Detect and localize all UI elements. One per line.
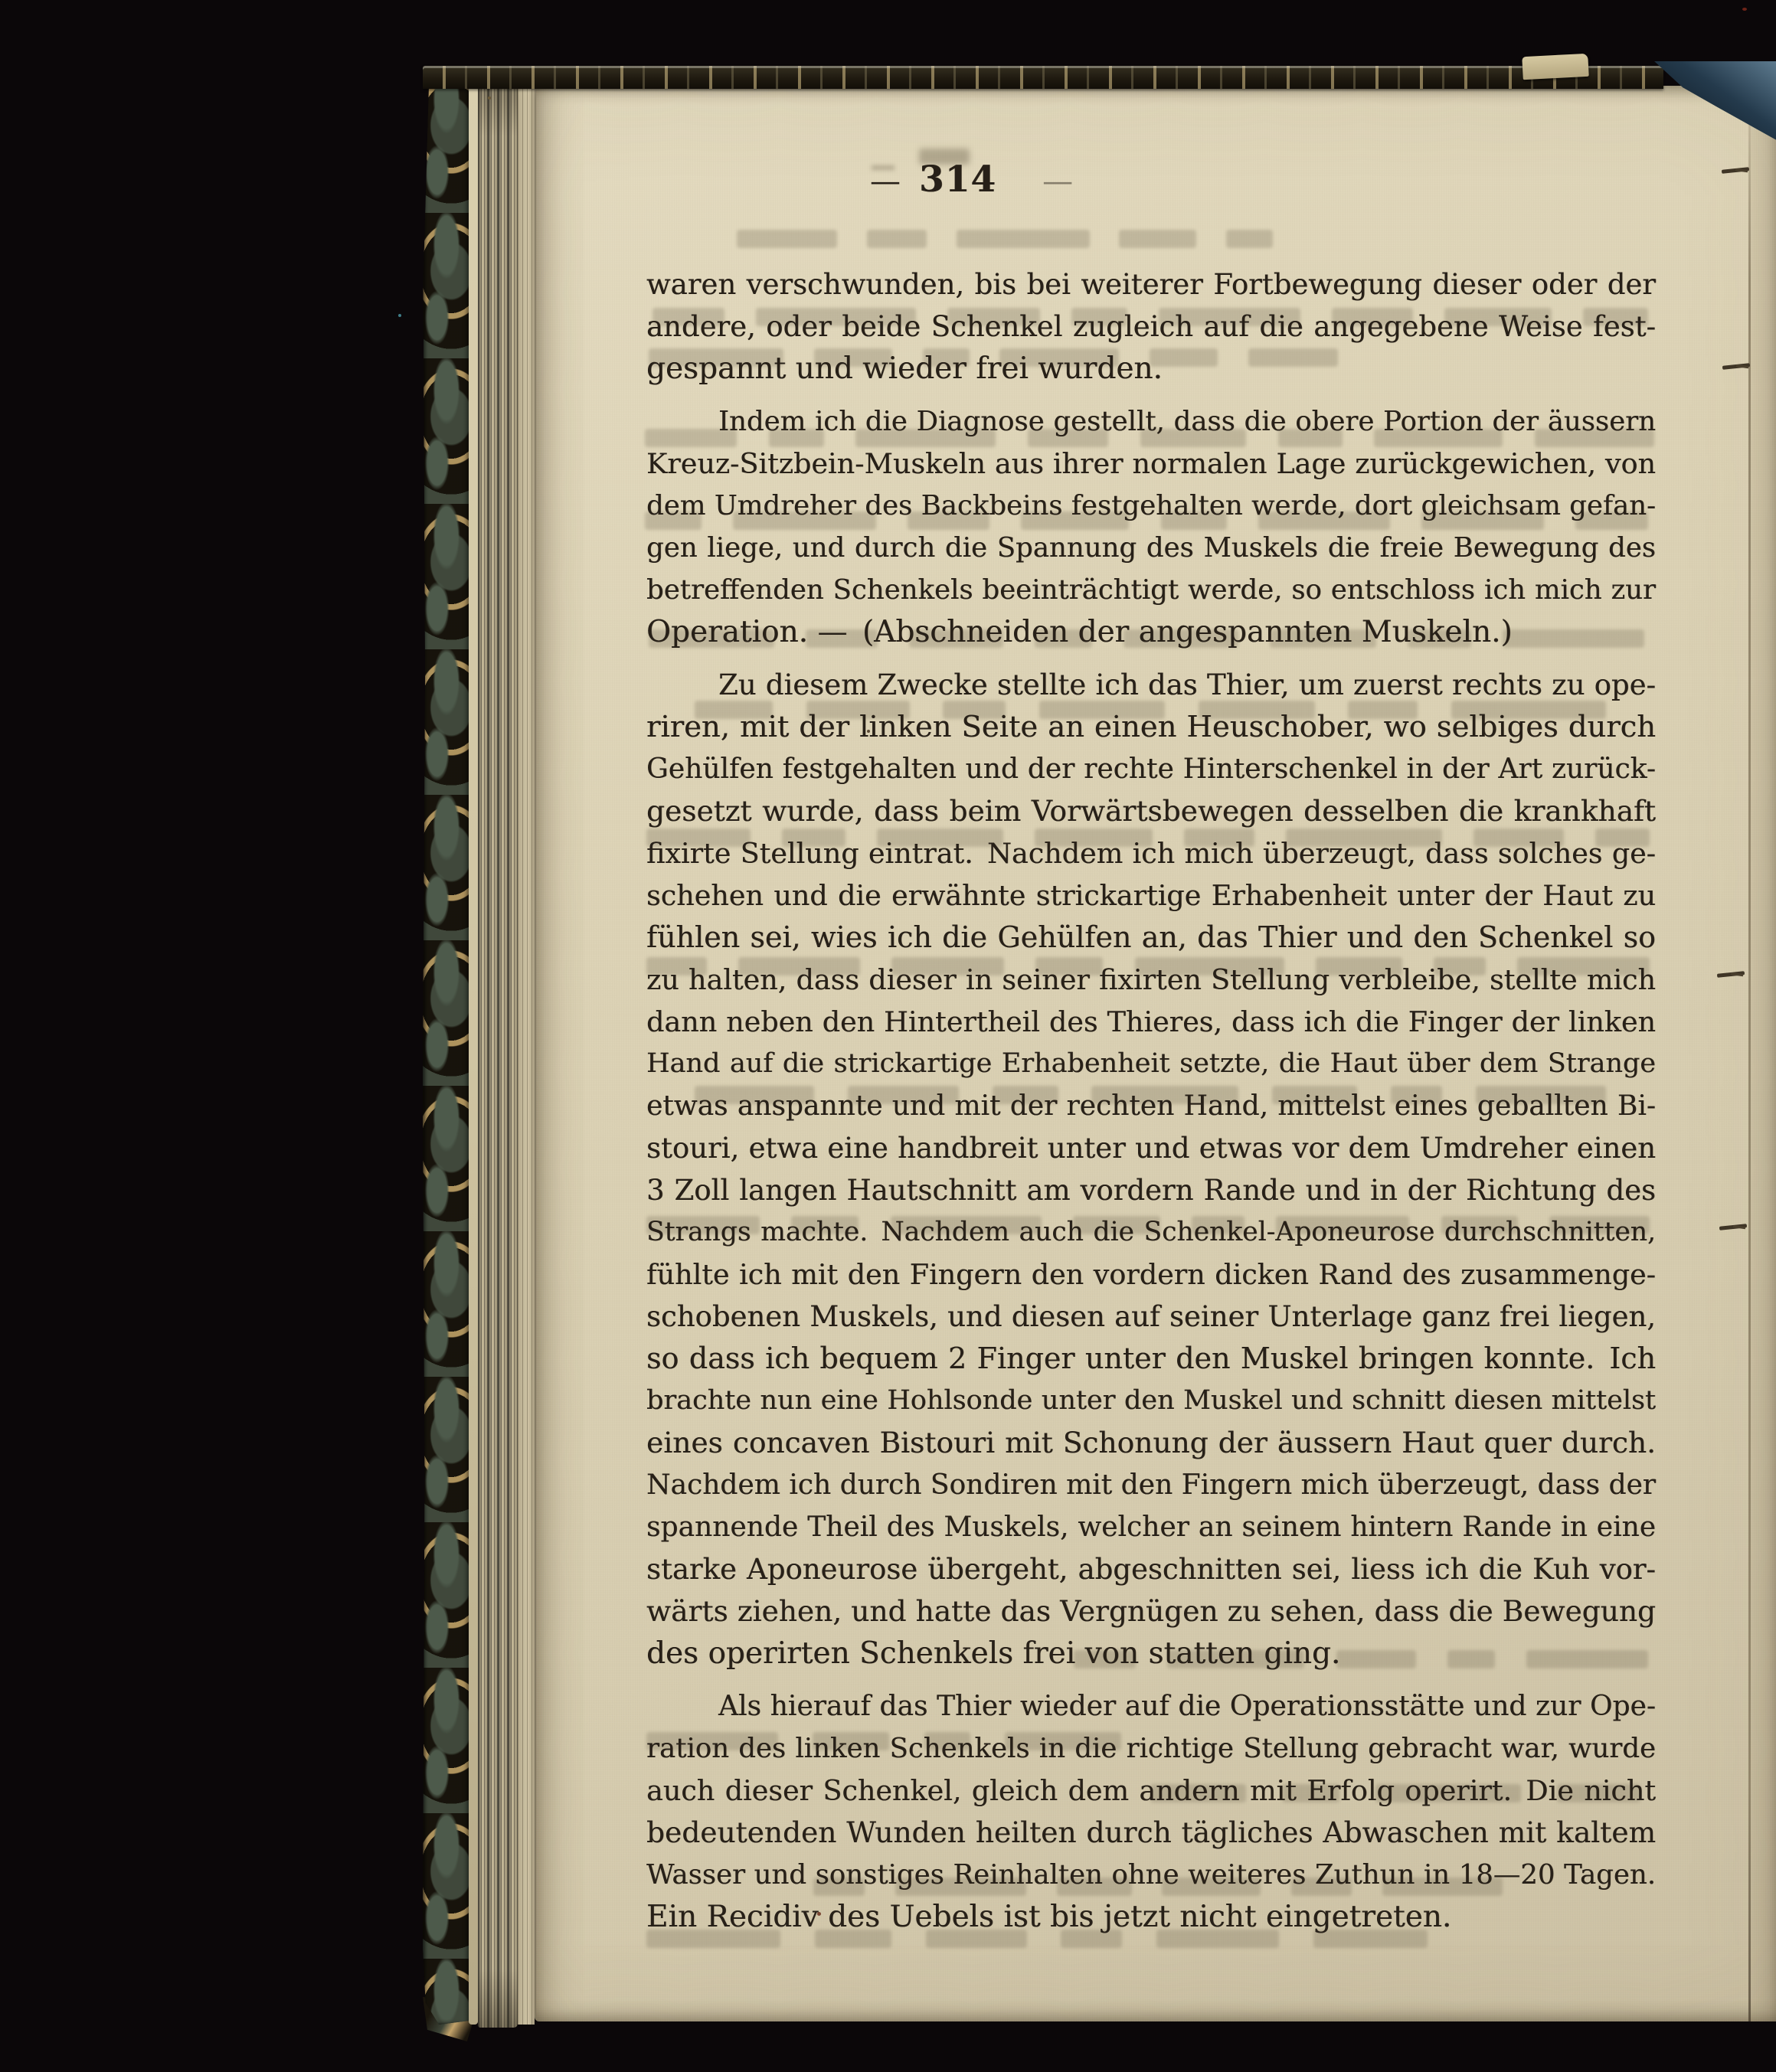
header-left-dash: —: [870, 164, 899, 199]
board-edge: [469, 77, 478, 2025]
book-page: — 314 — waren verschwunden, bis bei weit…: [535, 86, 1776, 2021]
scanned-book-photo: { "colors": { "background": "#0b0709", "…: [0, 0, 1776, 2072]
marbled-fore-edge: [423, 67, 470, 2025]
text-line: bedeutenden Wunden heilten durch täglich…: [646, 1812, 1656, 1854]
text-line: gen liege, und durch die Spannung des Mu…: [646, 527, 1656, 569]
text-line: fixirte Stellung eintrat. Nachdem ich mi…: [646, 832, 1656, 874]
text-line: gesetzt wurde, dass beim Vorwärtsbewegen…: [646, 790, 1656, 832]
text-line: Indem ich die Diagnose gestellt, dass di…: [646, 400, 1656, 443]
text-line: etwas anspannte und mit der rechten Hand…: [646, 1085, 1656, 1127]
page-edges-stack: [478, 78, 518, 2028]
gutter-area: [1751, 86, 1776, 2021]
page-header: — 314 —: [870, 159, 1071, 199]
text-line: andere, oder beide Schenkel zugleich auf…: [646, 306, 1656, 348]
text-line: starke Aponeurose übergeht, abgeschnitte…: [646, 1548, 1656, 1590]
paragraph: Als hierauf das Thier wieder auf die Ope…: [646, 1685, 1656, 1938]
text-line: Operation. — (Abschneiden der angespannt…: [646, 611, 1656, 653]
text-line: Zu diesem Zwecke stellte ich das Thier, …: [646, 664, 1656, 706]
binding-stitch: [1717, 971, 1745, 978]
text-line: wärts ziehen, und hatte das Vergnügen zu…: [646, 1590, 1656, 1632]
text-line: dem Umdreher des Backbeins festgehalten …: [646, 485, 1656, 527]
text-line: betreffenden Schenkels beeinträchtigt we…: [646, 569, 1656, 611]
text-line: des operirten Schenkels frei von statten…: [646, 1632, 1656, 1675]
paper-speck: [488, 96, 491, 100]
text-line: Wasser und sonstiges Reinhalten ohne wei…: [646, 1854, 1656, 1896]
text-line: Gehülfen festgehalten und der rechte Hin…: [646, 748, 1656, 790]
text-block: waren verschwunden, bis bei weiterer For…: [646, 263, 1656, 1938]
binding-stitch: [1719, 1224, 1747, 1230]
binding-stitch: [1722, 363, 1750, 370]
text-line: Ein Recidiv des Uebels ist bis jetzt nic…: [646, 1896, 1656, 1938]
paper-speck: [867, 730, 870, 733]
text-line: Hand auf die strickartige Erhabenheit se…: [646, 1043, 1656, 1085]
text-line: so dass ich bequem 2 Finger unter den Mu…: [646, 1338, 1656, 1380]
page-number: 314: [919, 159, 996, 201]
text-line: waren verschwunden, bis bei weiterer For…: [646, 263, 1656, 306]
binding-stitch: [1722, 167, 1749, 174]
show-through-ghost-line: [737, 230, 1273, 250]
text-line: riren, mit der linken Seite an einen Heu…: [646, 706, 1656, 748]
paper-speck: [817, 1912, 821, 1916]
dust-speck: [398, 314, 401, 317]
text-line: Kreuz-Sitzbein-Muskeln aus ihrer normale…: [646, 443, 1656, 485]
text-line: Als hierauf das Thier wieder auf die Ope…: [646, 1685, 1656, 1727]
text-line: 3 Zoll langen Hautschnitt am vordern Ran…: [646, 1169, 1656, 1211]
text-line: stouri, etwa eine handbreit unter und et…: [646, 1127, 1656, 1169]
header-right-dash: —: [1042, 164, 1071, 199]
text-line: schehen und die erwähnte strickartige Er…: [646, 874, 1656, 917]
text-line: ration des linken Schenkels in die richt…: [646, 1727, 1656, 1770]
text-line: Nachdem ich durch Sondiren mit den Finge…: [646, 1464, 1656, 1506]
paragraph: waren verschwunden, bis bei weiterer For…: [646, 263, 1656, 390]
page-edges-stack-light: [518, 80, 535, 2025]
text-line: auch dieser Schenkel, gleich dem andern …: [646, 1770, 1656, 1812]
text-line: Strangs machte. Nachdem auch die Schenke…: [646, 1211, 1656, 1253]
text-line: eines concaven Bistouri mit Schonung der…: [646, 1422, 1656, 1464]
text-line: fühlen sei, wies ich die Gehülfen an, da…: [646, 917, 1656, 959]
text-line: spannende Theil des Muskels, welcher an …: [646, 1506, 1656, 1548]
marbled-top-edge: [423, 66, 1663, 89]
text-line: brachte nun eine Hohlsonde unter den Mus…: [646, 1380, 1656, 1422]
text-line: fühlte ich mit den Fingern den vordern d…: [646, 1253, 1656, 1296]
binding-seam: [1748, 86, 1751, 2021]
dust-speck: [1742, 8, 1747, 11]
paragraph: Zu diesem Zwecke stellte ich das Thier, …: [646, 664, 1656, 1675]
text-line: schobenen Muskels, und diesen auf seiner…: [646, 1296, 1656, 1338]
text-line: gespannt und wieder frei wurden.: [646, 348, 1656, 390]
text-line: dann neben den Hintertheil des Thieres, …: [646, 1001, 1656, 1043]
text-line: zu halten, dass dieser in seiner fixirte…: [646, 959, 1656, 1001]
paragraph: Indem ich die Diagnose gestellt, dass di…: [646, 400, 1656, 653]
torn-paper-flap: [1522, 54, 1588, 80]
